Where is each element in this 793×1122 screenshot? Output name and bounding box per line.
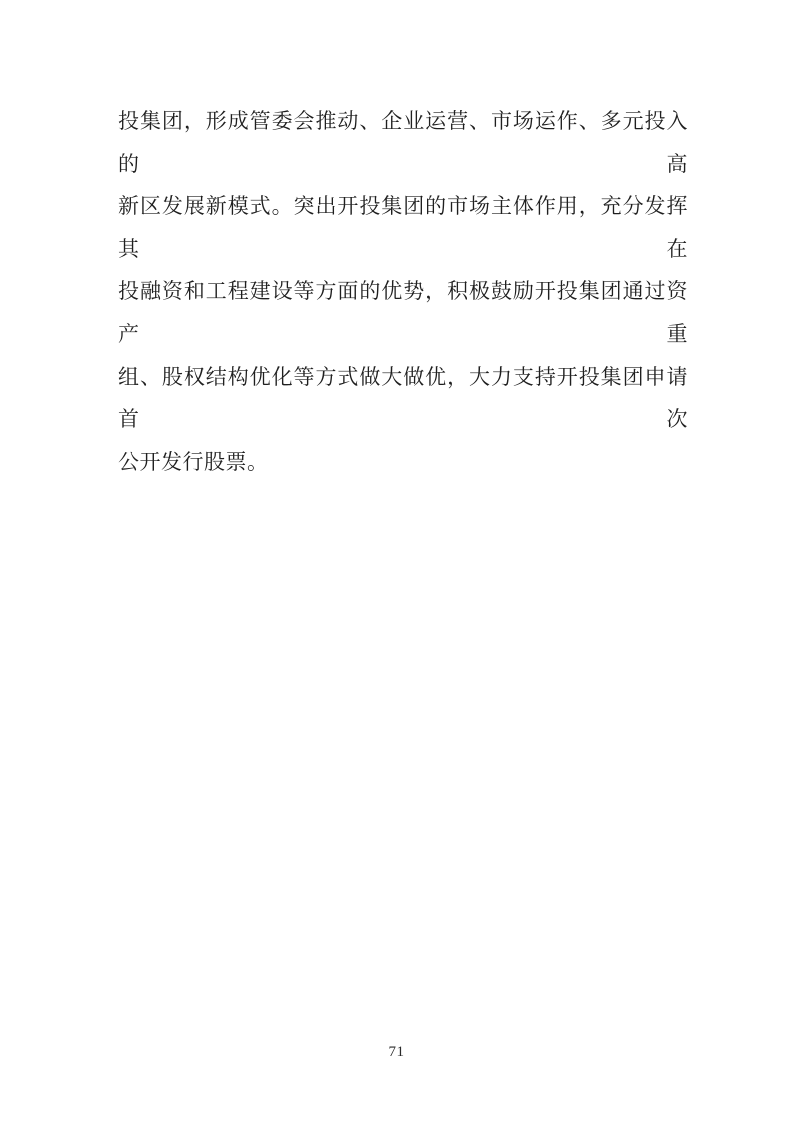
paragraph-line: 公开发行股票。 <box>118 441 688 484</box>
paragraph-line: 组、股权结构优化等方式做大做优，大力支持开投集团申请首次 <box>118 356 688 441</box>
paragraph-line: 新区发展新模式。突出开投集团的市场主体作用，充分发挥其在 <box>118 185 688 270</box>
paragraph-line: 投集团，形成管委会推动、企业运营、市场运作、多元投入的高 <box>118 100 688 185</box>
page-number: 71 <box>0 1044 793 1061</box>
body-paragraph: 投集团，形成管委会推动、企业运营、市场运作、多元投入的高 新区发展新模式。突出开… <box>118 100 688 483</box>
paragraph-line: 投融资和工程建设等方面的优势，积极鼓励开投集团通过资产重 <box>118 270 688 355</box>
document-page: 投集团，形成管委会推动、企业运营、市场运作、多元投入的高 新区发展新模式。突出开… <box>0 0 793 1122</box>
